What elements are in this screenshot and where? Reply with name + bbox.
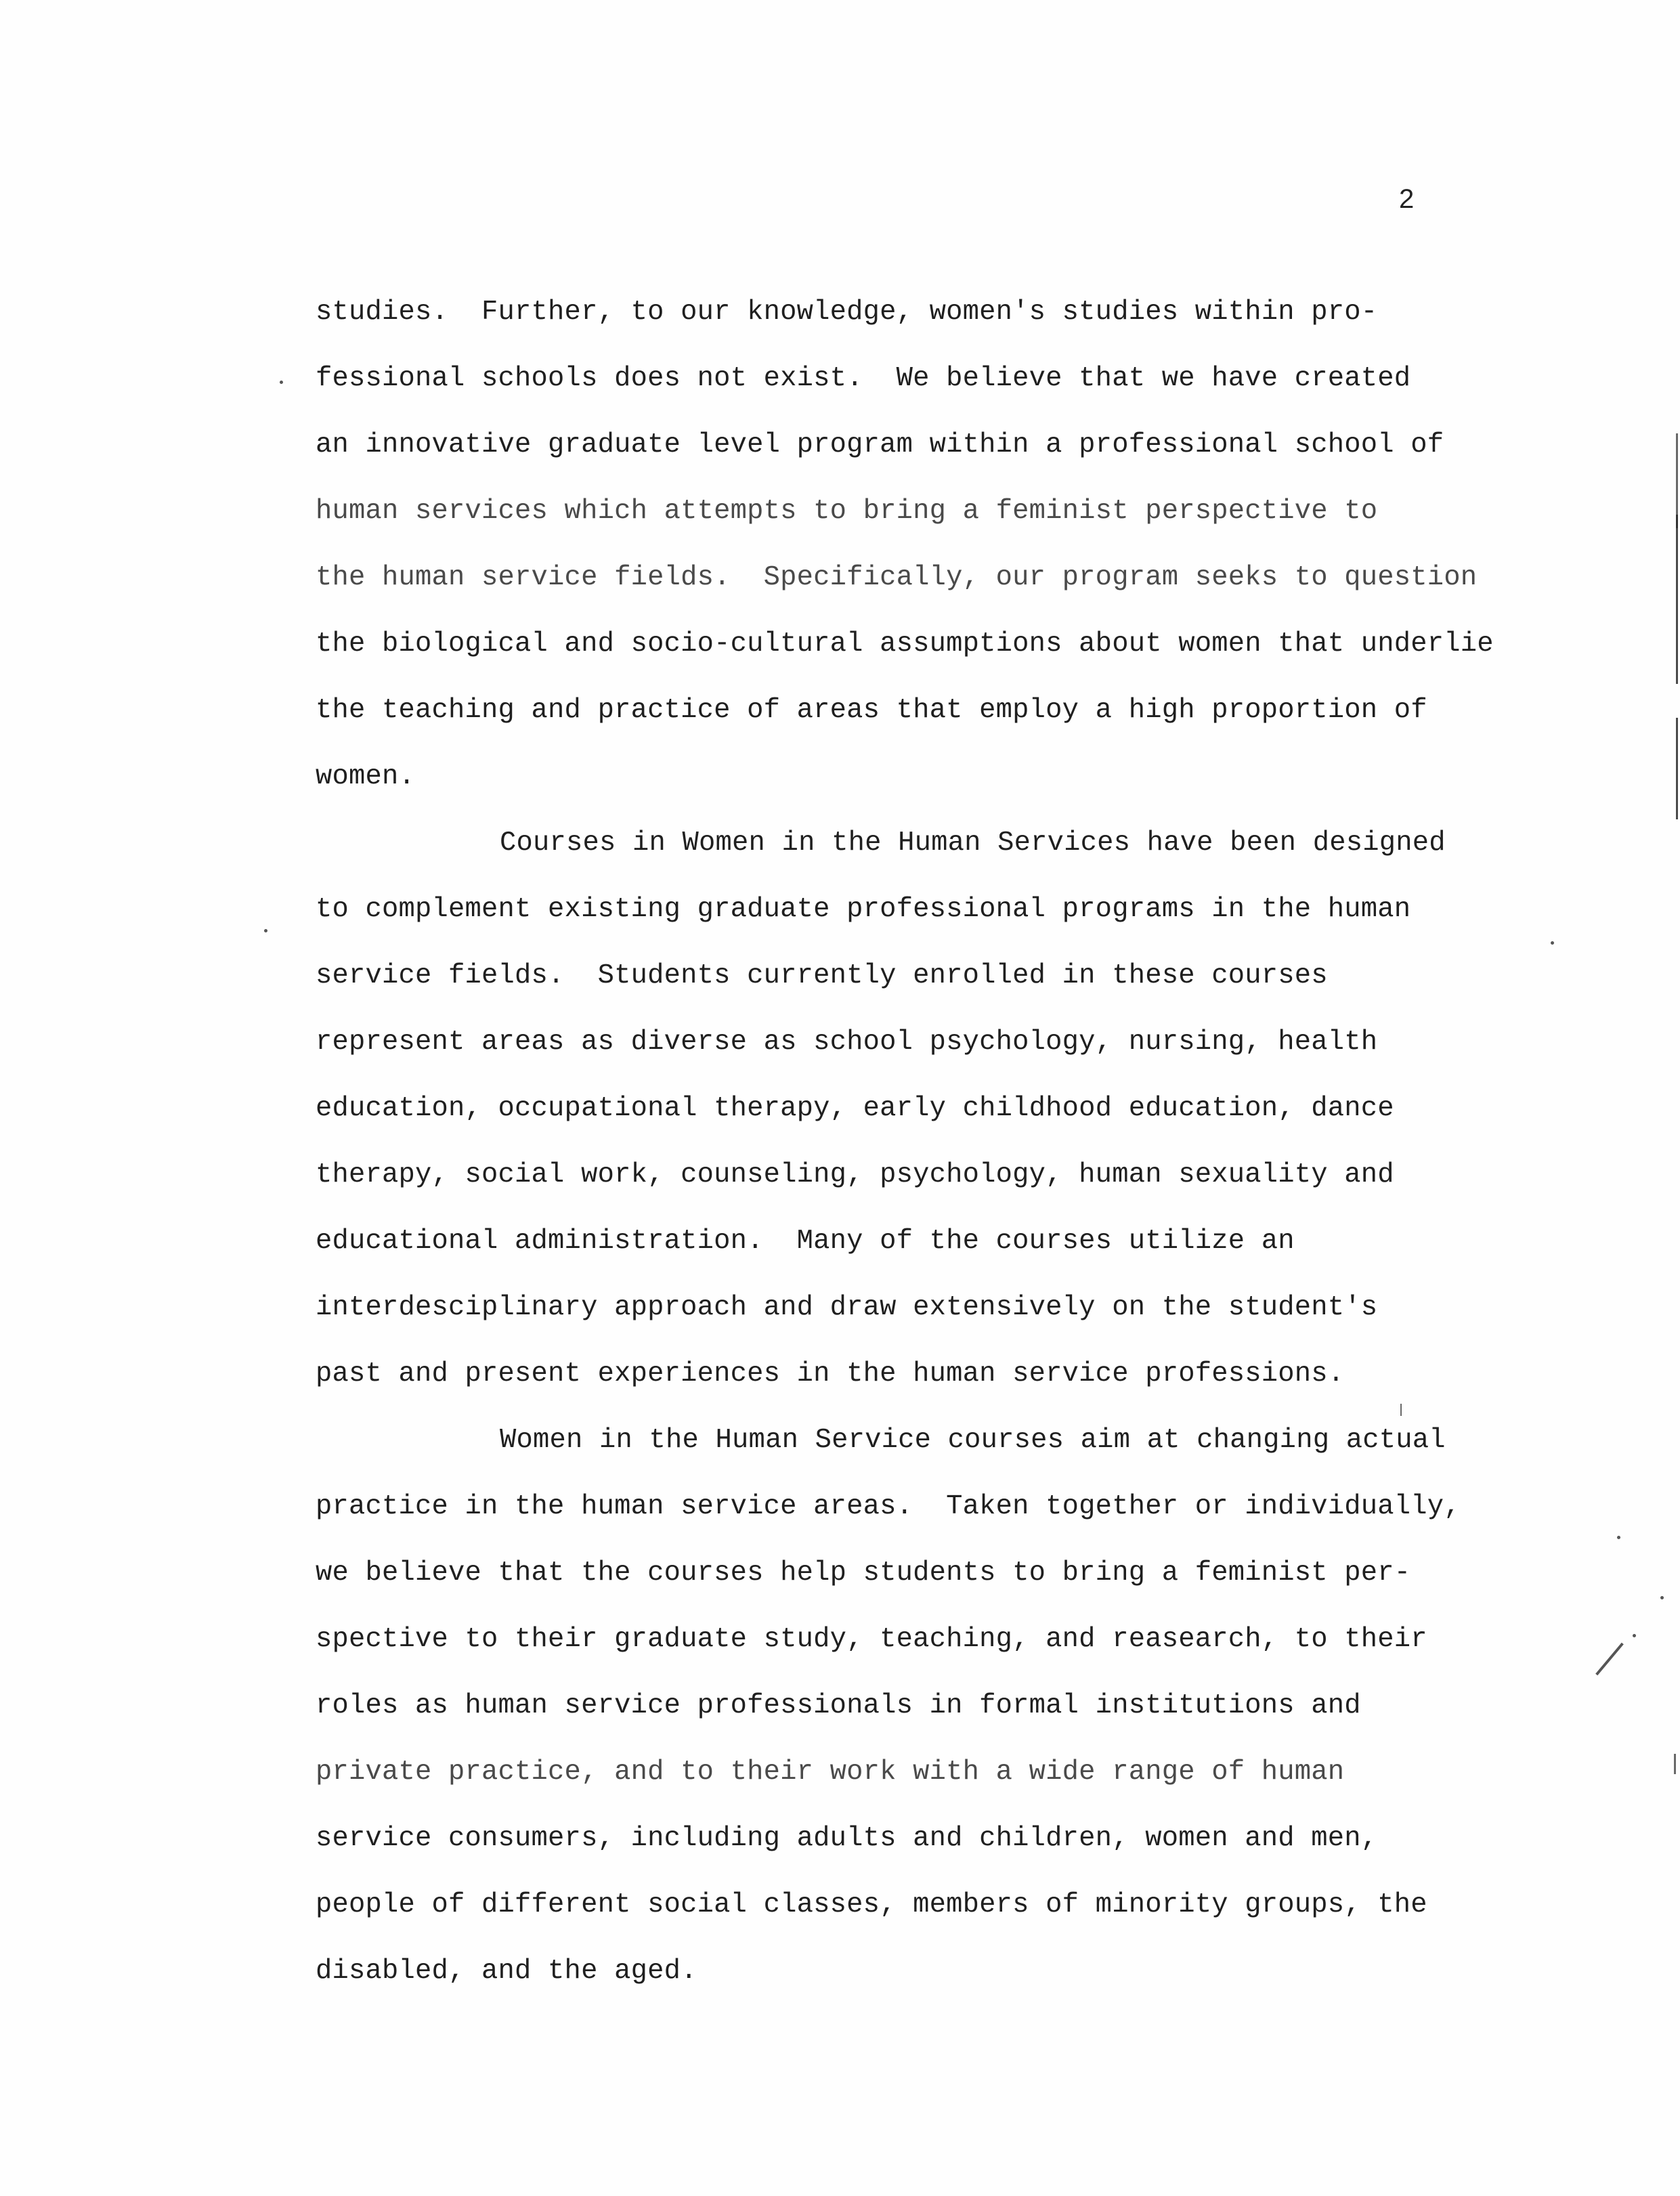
paragraph-2-line-6: therapy, social work, counseling, psycho… — [316, 1159, 1394, 1190]
scan-dot — [1633, 1634, 1636, 1637]
paragraph-2-line-2: to complement existing graduate professi… — [316, 894, 1410, 925]
scan-dot — [264, 929, 267, 932]
paragraph-1-line-2: fessional schools does not exist. We bel… — [316, 363, 1410, 394]
scan-dot — [280, 381, 283, 384]
paragraph-1-line-7: the teaching and practice of areas that … — [316, 695, 1427, 726]
paragraph-3-line-5: roles as human service professionals in … — [316, 1690, 1361, 1721]
scan-dot — [1617, 1536, 1620, 1539]
paragraph-1-line-6: the biological and socio-cultural assump… — [316, 628, 1494, 660]
scan-margin-mark — [1676, 433, 1678, 528]
scan-margin-mark — [1676, 718, 1678, 819]
paragraph-1-line-3: an innovative graduate level program wit… — [316, 429, 1444, 460]
paragraph-3-line-8: people of different social classes, memb… — [316, 1889, 1427, 1920]
scan-pen-stroke — [1595, 1643, 1624, 1676]
scan-margin-mark — [1674, 1754, 1676, 1774]
document-page: 2 studies. Further, to our knowledge, wo… — [0, 0, 1680, 2196]
paragraph-3-line-7: service consumers, including adults and … — [316, 1823, 1377, 1854]
paragraph-1-line-4: human services which attempts to bring a… — [316, 496, 1377, 527]
paragraph-2-line-9: past and present experiences in the huma… — [316, 1358, 1344, 1390]
paragraph-3-line-1: Women in the Human Service courses aim a… — [500, 1425, 1446, 1456]
paragraph-3-line-2: practice in the human service areas. Tak… — [316, 1491, 1461, 1522]
scan-stray-mark — [1400, 1404, 1402, 1416]
paragraph-2-line-3: service fields. Students currently enrol… — [316, 960, 1328, 991]
scan-margin-mark — [1676, 515, 1678, 684]
page-number: 2 — [1399, 184, 1414, 215]
paragraph-3-line-3: we believe that the courses help student… — [316, 1557, 1410, 1589]
paragraph-3-line-4: spective to their graduate study, teachi… — [316, 1624, 1427, 1655]
paragraph-3-line-9: disabled, and the aged. — [316, 1956, 697, 1987]
scan-dot — [1660, 1596, 1664, 1599]
paragraph-2-line-5: education, occupational therapy, early c… — [316, 1093, 1394, 1124]
paragraph-2-line-1: Courses in Women in the Human Services h… — [500, 827, 1446, 859]
paragraph-1-line-5: the human service fields. Specifically, … — [316, 562, 1477, 593]
paragraph-1-line-8: women. — [316, 761, 415, 792]
paragraph-2-line-4: represent areas as diverse as school psy… — [316, 1027, 1377, 1058]
paragraph-2-line-8: interdesciplinary approach and draw exte… — [316, 1292, 1377, 1323]
paragraph-2-line-7: educational administration. Many of the … — [316, 1226, 1295, 1257]
paragraph-3-line-6: private practice, and to their work with… — [316, 1757, 1344, 1788]
paragraph-1-line-1: studies. Further, to our knowledge, wome… — [316, 297, 1377, 328]
scan-dot — [1551, 941, 1554, 945]
